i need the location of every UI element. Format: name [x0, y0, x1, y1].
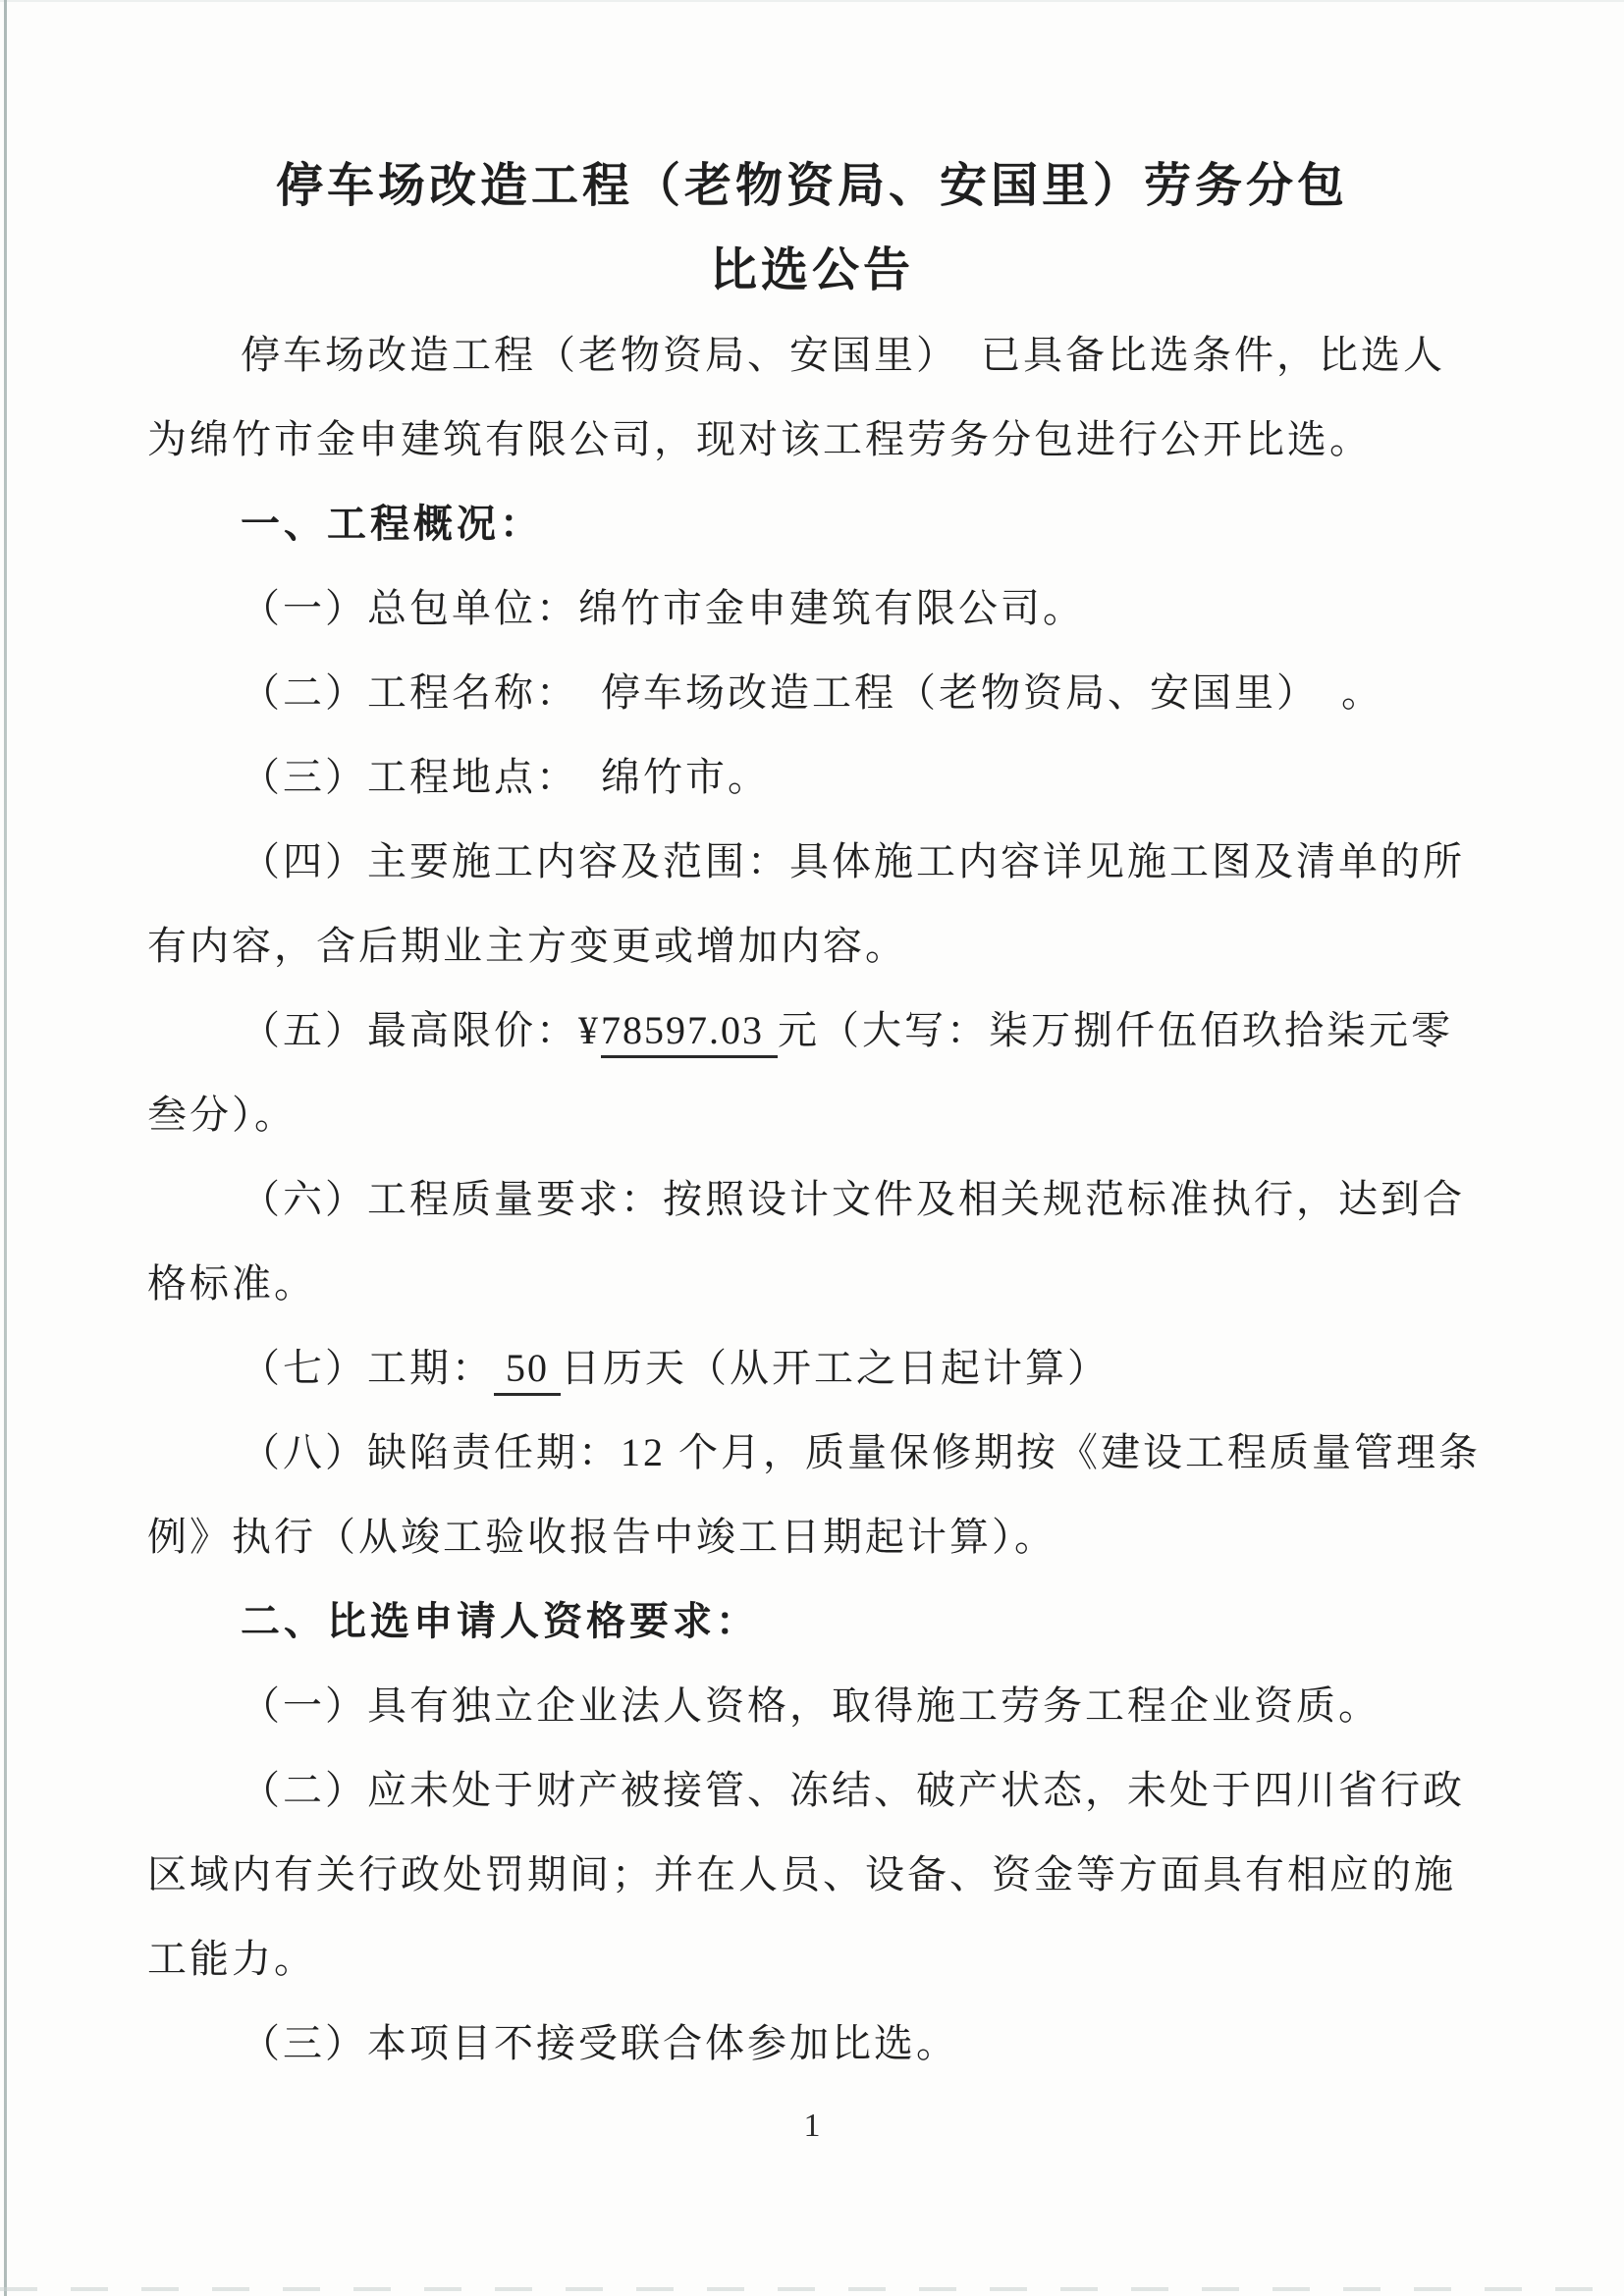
scan-left-edge-artifact — [4, 0, 7, 2296]
duration-suffix: 日历天（从开工之日起计算） — [561, 1346, 1110, 1390]
section1-item6-line-2: 格标准。 — [147, 1242, 1477, 1326]
section1-item5-line-2: 叁分）。 — [147, 1073, 1477, 1157]
section1-heading: 一、工程概况： — [147, 482, 1477, 566]
duration-value-underlined: 50 — [494, 1346, 561, 1396]
intro-line-2: 为绵竹市金申建筑有限公司，现对该工程劳务分包进行公开比选。 — [147, 398, 1477, 482]
doc-title-line-2: 比选公告 — [147, 229, 1477, 313]
duration-label: （七）工期： — [241, 1346, 494, 1390]
intro-line-1: 停车场改造工程（老物资局、安国里） 已具备比选条件，比选人 — [147, 313, 1477, 398]
doc-title-line-1: 停车场改造工程（老物资局、安国里）劳务分包 — [147, 144, 1477, 229]
section2-item1: （一）具有独立企业法人资格，取得施工劳务工程企业资质。 — [147, 1664, 1477, 1748]
section1-item3: （三）工程地点： 绵竹市。 — [147, 735, 1477, 820]
section1-item1: （一）总包单位：绵竹市金申建筑有限公司。 — [147, 566, 1477, 651]
section2-item2-line-3: 工能力。 — [147, 1917, 1477, 2002]
scanned-document-page: 停车场改造工程（老物资局、安国里）劳务分包 比选公告 停车场改造工程（老物资局、… — [0, 0, 1624, 2296]
section2-heading: 二、比选申请人资格要求： — [147, 1579, 1477, 1664]
section1-item4-line-2: 有内容，含后期业主方变更或增加内容。 — [147, 904, 1477, 988]
section1-item4-line-1: （四）主要施工内容及范围：具体施工内容详见施工图及清单的所 — [147, 820, 1477, 904]
section2-item2-line-2: 区域内有关行政处罚期间；并在人员、设备、资金等方面具有相应的施 — [147, 1833, 1477, 1917]
section2-item2-line-1: （二）应未处于财产被接管、冻结、破产状态，未处于四川省行政 — [147, 1748, 1477, 1833]
page-number: 1 — [0, 2097, 1624, 2156]
section1-item7: （七）工期：50日历天（从开工之日起计算） — [147, 1326, 1477, 1411]
section1-item5-line-1: （五）最高限价：¥78597.03元（大写：柒万捌仟伍佰玖拾柒元零 — [147, 988, 1477, 1073]
section1-item2: （二）工程名称： 停车场改造工程（老物资局、安国里） 。 — [147, 651, 1477, 735]
max-price-value-underlined: 78597.03 — [601, 1008, 778, 1058]
max-price-words: 元（大写：柒万捌仟伍佰玖拾柒元零 — [778, 1008, 1453, 1052]
scan-bottom-artifact — [0, 2287, 1624, 2291]
section1-item6-line-1: （六）工程质量要求：按照设计文件及相关规范标准执行，达到合 — [147, 1157, 1477, 1242]
section1-item8-line-2: 例》执行（从竣工验收报告中竣工日期起计算）。 — [147, 1495, 1477, 1579]
max-price-label: （五）最高限价：¥ — [241, 1008, 601, 1052]
document-body: 停车场改造工程（老物资局、安国里）劳务分包 比选公告 停车场改造工程（老物资局、… — [147, 0, 1477, 2086]
section1-item8-line-1: （八）缺陷责任期：12 个月，质量保修期按《建设工程质量管理条 — [147, 1411, 1477, 1495]
section2-item3: （三）本项目不接受联合体参加比选。 — [147, 2002, 1477, 2086]
